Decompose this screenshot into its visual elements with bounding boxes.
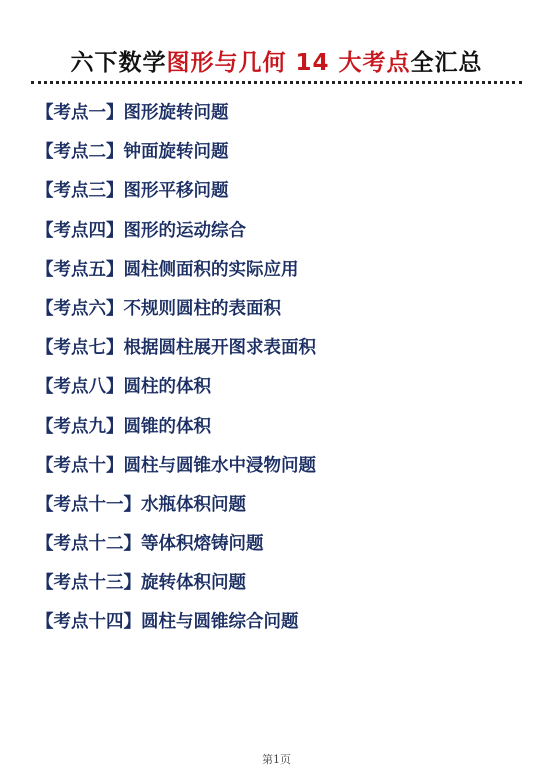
- topic-text: 圆柱与圆锥综合问题: [141, 612, 299, 632]
- topic-text: 圆锥的体积: [124, 417, 212, 437]
- list-item: 【考点十四】圆柱与圆锥综合问题: [36, 609, 316, 648]
- title-part-3: 全汇总: [411, 50, 483, 76]
- topic-text: 等体积熔铸问题: [141, 534, 264, 554]
- topic-text: 圆柱侧面积的实际应用: [124, 260, 299, 280]
- topic-tag: 【考点十二】: [36, 534, 141, 554]
- topic-text: 圆柱与圆锥水中浸物问题: [124, 456, 317, 476]
- list-item: 【考点十】圆柱与圆锥水中浸物问题: [36, 453, 316, 492]
- list-item: 【考点十一】水瓶体积问题: [36, 492, 316, 531]
- list-item: 【考点十三】旋转体积问题: [36, 570, 316, 609]
- list-item: 【考点六】不规则圆柱的表面积: [36, 296, 316, 335]
- topic-tag: 【考点五】: [36, 260, 124, 280]
- list-item: 【考点七】根据圆柱展开图求表面积: [36, 335, 316, 374]
- list-item: 【考点十二】等体积熔铸问题: [36, 531, 316, 570]
- topic-tag: 【考点二】: [36, 142, 124, 162]
- page-number: 第1页: [0, 751, 553, 767]
- topic-tag: 【考点十一】: [36, 495, 141, 515]
- topic-tag: 【考点六】: [36, 299, 124, 319]
- topic-text: 图形旋转问题: [124, 103, 229, 123]
- topic-text: 不规则圆柱的表面积: [124, 299, 282, 319]
- topic-tag: 【考点十四】: [36, 612, 141, 632]
- topic-tag: 【考点四】: [36, 221, 124, 241]
- topic-text: 水瓶体积问题: [141, 495, 246, 515]
- topic-text: 旋转体积问题: [141, 573, 246, 593]
- list-item: 【考点九】圆锥的体积: [36, 414, 316, 453]
- topic-text: 图形平移问题: [124, 181, 229, 201]
- list-item: 【考点八】圆柱的体积: [36, 374, 316, 413]
- topic-tag: 【考点九】: [36, 417, 124, 437]
- list-item: 【考点五】圆柱侧面积的实际应用: [36, 257, 316, 296]
- dotted-divider: [31, 81, 522, 84]
- title-highlight: 图形与几何 14 大考点: [166, 50, 410, 76]
- topic-text: 根据圆柱展开图求表面积: [124, 338, 317, 358]
- list-item: 【考点一】图形旋转问题: [36, 100, 316, 139]
- topic-text: 钟面旋转问题: [124, 142, 229, 162]
- topic-list: 【考点一】图形旋转问题 【考点二】钟面旋转问题 【考点三】图形平移问题 【考点四…: [36, 100, 316, 649]
- list-item: 【考点四】图形的运动综合: [36, 218, 316, 257]
- title-part-1: 六下数学: [70, 50, 166, 76]
- topic-tag: 【考点一】: [36, 103, 124, 123]
- topic-text: 图形的运动综合: [124, 221, 247, 241]
- topic-tag: 【考点七】: [36, 338, 124, 358]
- topic-tag: 【考点八】: [36, 377, 124, 397]
- list-item: 【考点三】图形平移问题: [36, 178, 316, 217]
- topic-tag: 【考点十】: [36, 456, 124, 476]
- topic-tag: 【考点十三】: [36, 573, 141, 593]
- page-title: 六下数学图形与几何 14 大考点全汇总: [0, 44, 553, 77]
- list-item: 【考点二】钟面旋转问题: [36, 139, 316, 178]
- topic-text: 圆柱的体积: [124, 377, 212, 397]
- topic-tag: 【考点三】: [36, 181, 124, 201]
